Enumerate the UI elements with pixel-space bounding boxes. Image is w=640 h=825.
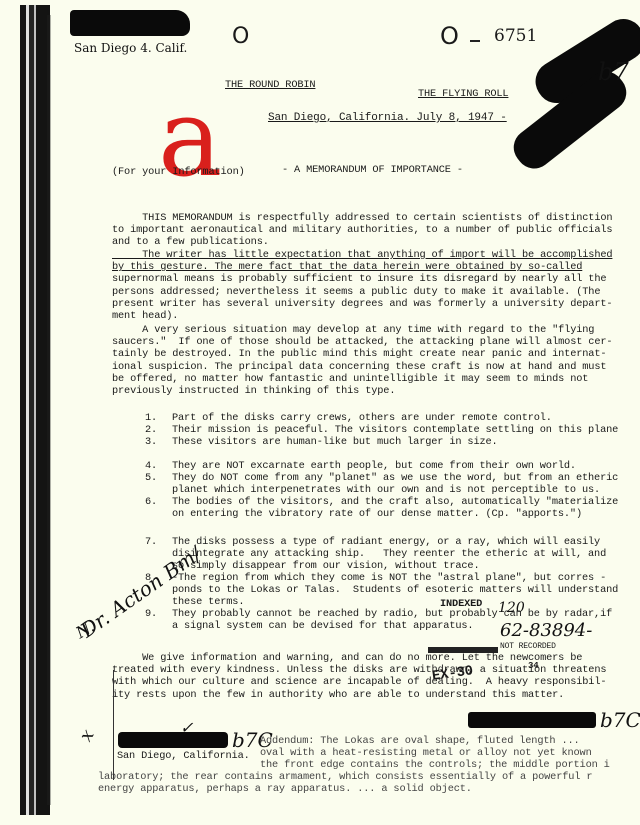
list-item-line: these terms. <box>172 596 618 608</box>
text-line: treated with every kindness. Unless the … <box>112 664 606 676</box>
text-line: present writer has several university de… <box>112 298 612 310</box>
text-line: supernormal means is probably sufficient… <box>112 273 612 285</box>
list-item-line: disintegrate any attacking ship. They re… <box>172 548 606 560</box>
list-item-number: 6. <box>145 496 157 508</box>
list-item-number: 4. <box>145 460 157 472</box>
paragraph-situation: A very serious situation may develop at … <box>112 324 612 397</box>
list-item-line: on entering the vibratory rate of our de… <box>172 508 618 520</box>
list-item-line: ponds to the Lokas or Talas. Students of… <box>172 584 618 596</box>
handwritten-numeral: 120 <box>498 600 525 616</box>
dateline: San Diego, California. July 8, 1947 - <box>268 112 507 124</box>
file-number: 6751 <box>494 26 537 46</box>
for-your-information: (For your Information) <box>112 166 245 178</box>
addendum: Addendum: The Lokas are oval shape, flut… <box>260 735 610 772</box>
margin-rule <box>113 670 114 780</box>
list-item-line: Part of the disks carry crews, others ar… <box>172 412 552 424</box>
text-line: with which our culture and science are i… <box>112 676 606 688</box>
list-item-number: 2. <box>145 424 157 436</box>
list-item-number: 9. <box>145 608 157 620</box>
handwritten-serial-number: 62-83894- <box>500 620 592 641</box>
text-line: Addendum: The Lokas are oval shape, flut… <box>260 735 610 747</box>
list-item-line: planet which interpenetrates with our ow… <box>172 484 618 496</box>
list-item-number: 5. <box>145 472 157 484</box>
header-flying-roll: THE FLYING ROLL <box>418 88 508 100</box>
stamp-indexed: INDEXED <box>440 598 482 610</box>
handwritten-b7-top: b7 <box>598 58 629 86</box>
text-line: the front edge contains the controls; th… <box>260 759 610 771</box>
file-mark-left: O <box>232 24 249 49</box>
text-line: be offered, no matter how fantastic and … <box>112 373 612 385</box>
text-line: by this gesture. The mere fact that the … <box>112 261 612 273</box>
list-item-line: They are NOT excarnate earth people, but… <box>172 460 576 472</box>
text-line: and to a few publications. <box>112 236 612 248</box>
text-line: oval with a heat-resisting metal or allo… <box>260 747 610 759</box>
text-line: previously instructed in thinking of thi… <box>112 385 612 397</box>
list-item-line: Their mission is peaceful. The visitors … <box>172 424 618 436</box>
scan-binding-shadow <box>47 15 51 805</box>
text-line: ment head). <box>112 310 612 322</box>
text-line: persons addressed; nevertheless it seems… <box>112 286 612 298</box>
text-line: ity rests upon the few in authority who … <box>112 689 606 701</box>
list-item-line: They do NOT come from any "planet" as we… <box>172 472 618 484</box>
list-item-number: 3. <box>145 436 157 448</box>
list-item-line: They probably cannot be reached by radio… <box>172 608 612 620</box>
text-line: laboratory; the rear contains armament, … <box>98 771 592 783</box>
list-item-line: These visitors are human-like but much l… <box>172 436 498 448</box>
paragraph-intro: THIS MEMORANDUM is respectfully addresse… <box>112 212 612 249</box>
text-line: to important aeronautical and military a… <box>112 224 612 236</box>
paragraph-closing: We give information and warning, and can… <box>112 652 606 701</box>
addendum-continued: laboratory; the rear contains armament, … <box>98 771 592 795</box>
list-item-line: -The region from which they come is NOT … <box>172 572 618 584</box>
list-item-number: 1. <box>145 412 157 424</box>
text-line: energy apparatus, perhaps a ray apparatu… <box>98 783 592 795</box>
signature-location: San Diego, California. <box>117 750 250 762</box>
redaction-bar-top-left <box>70 10 190 36</box>
scan-binding-edge <box>20 5 50 815</box>
text-line: tainly be destroyed. In the public mind … <box>112 348 612 360</box>
paragraph-expectation: The writer has little expectation that a… <box>112 249 612 322</box>
header-round-robin: THE ROUND ROBIN <box>225 79 315 91</box>
text-line: We give information and warning, and can… <box>112 652 606 664</box>
text-line: ional suspicion. The principal data conc… <box>112 361 612 373</box>
text-line: THIS MEMORANDUM is respectfully addresse… <box>112 212 612 224</box>
list-item-line: so simply disappear from our vision, wit… <box>172 560 606 572</box>
file-number-dash <box>470 40 480 42</box>
text-line: The writer has little expectation that a… <box>112 249 612 261</box>
text-line: A very serious situation may develop at … <box>112 324 612 336</box>
list-item-line: The bodies of the visitors, and the craf… <box>172 496 618 508</box>
letterhead-location: San Diego 4. Calif. <box>74 41 187 55</box>
list-item-line: The disks possess a type of radiant ener… <box>172 536 606 548</box>
list-item-number: 7. <box>145 536 157 548</box>
file-mark-right: O <box>440 22 459 50</box>
redaction-bar-right <box>468 712 596 728</box>
text-line: saucers." If one of those should be atta… <box>112 336 612 348</box>
handwritten-b7c-right: b7C <box>600 708 640 732</box>
redaction-bar-signature <box>118 732 228 748</box>
memo-title: - A MEMORANDUM OF IMPORTANCE - <box>282 164 463 176</box>
handwritten-margin-x: x <box>75 726 98 745</box>
